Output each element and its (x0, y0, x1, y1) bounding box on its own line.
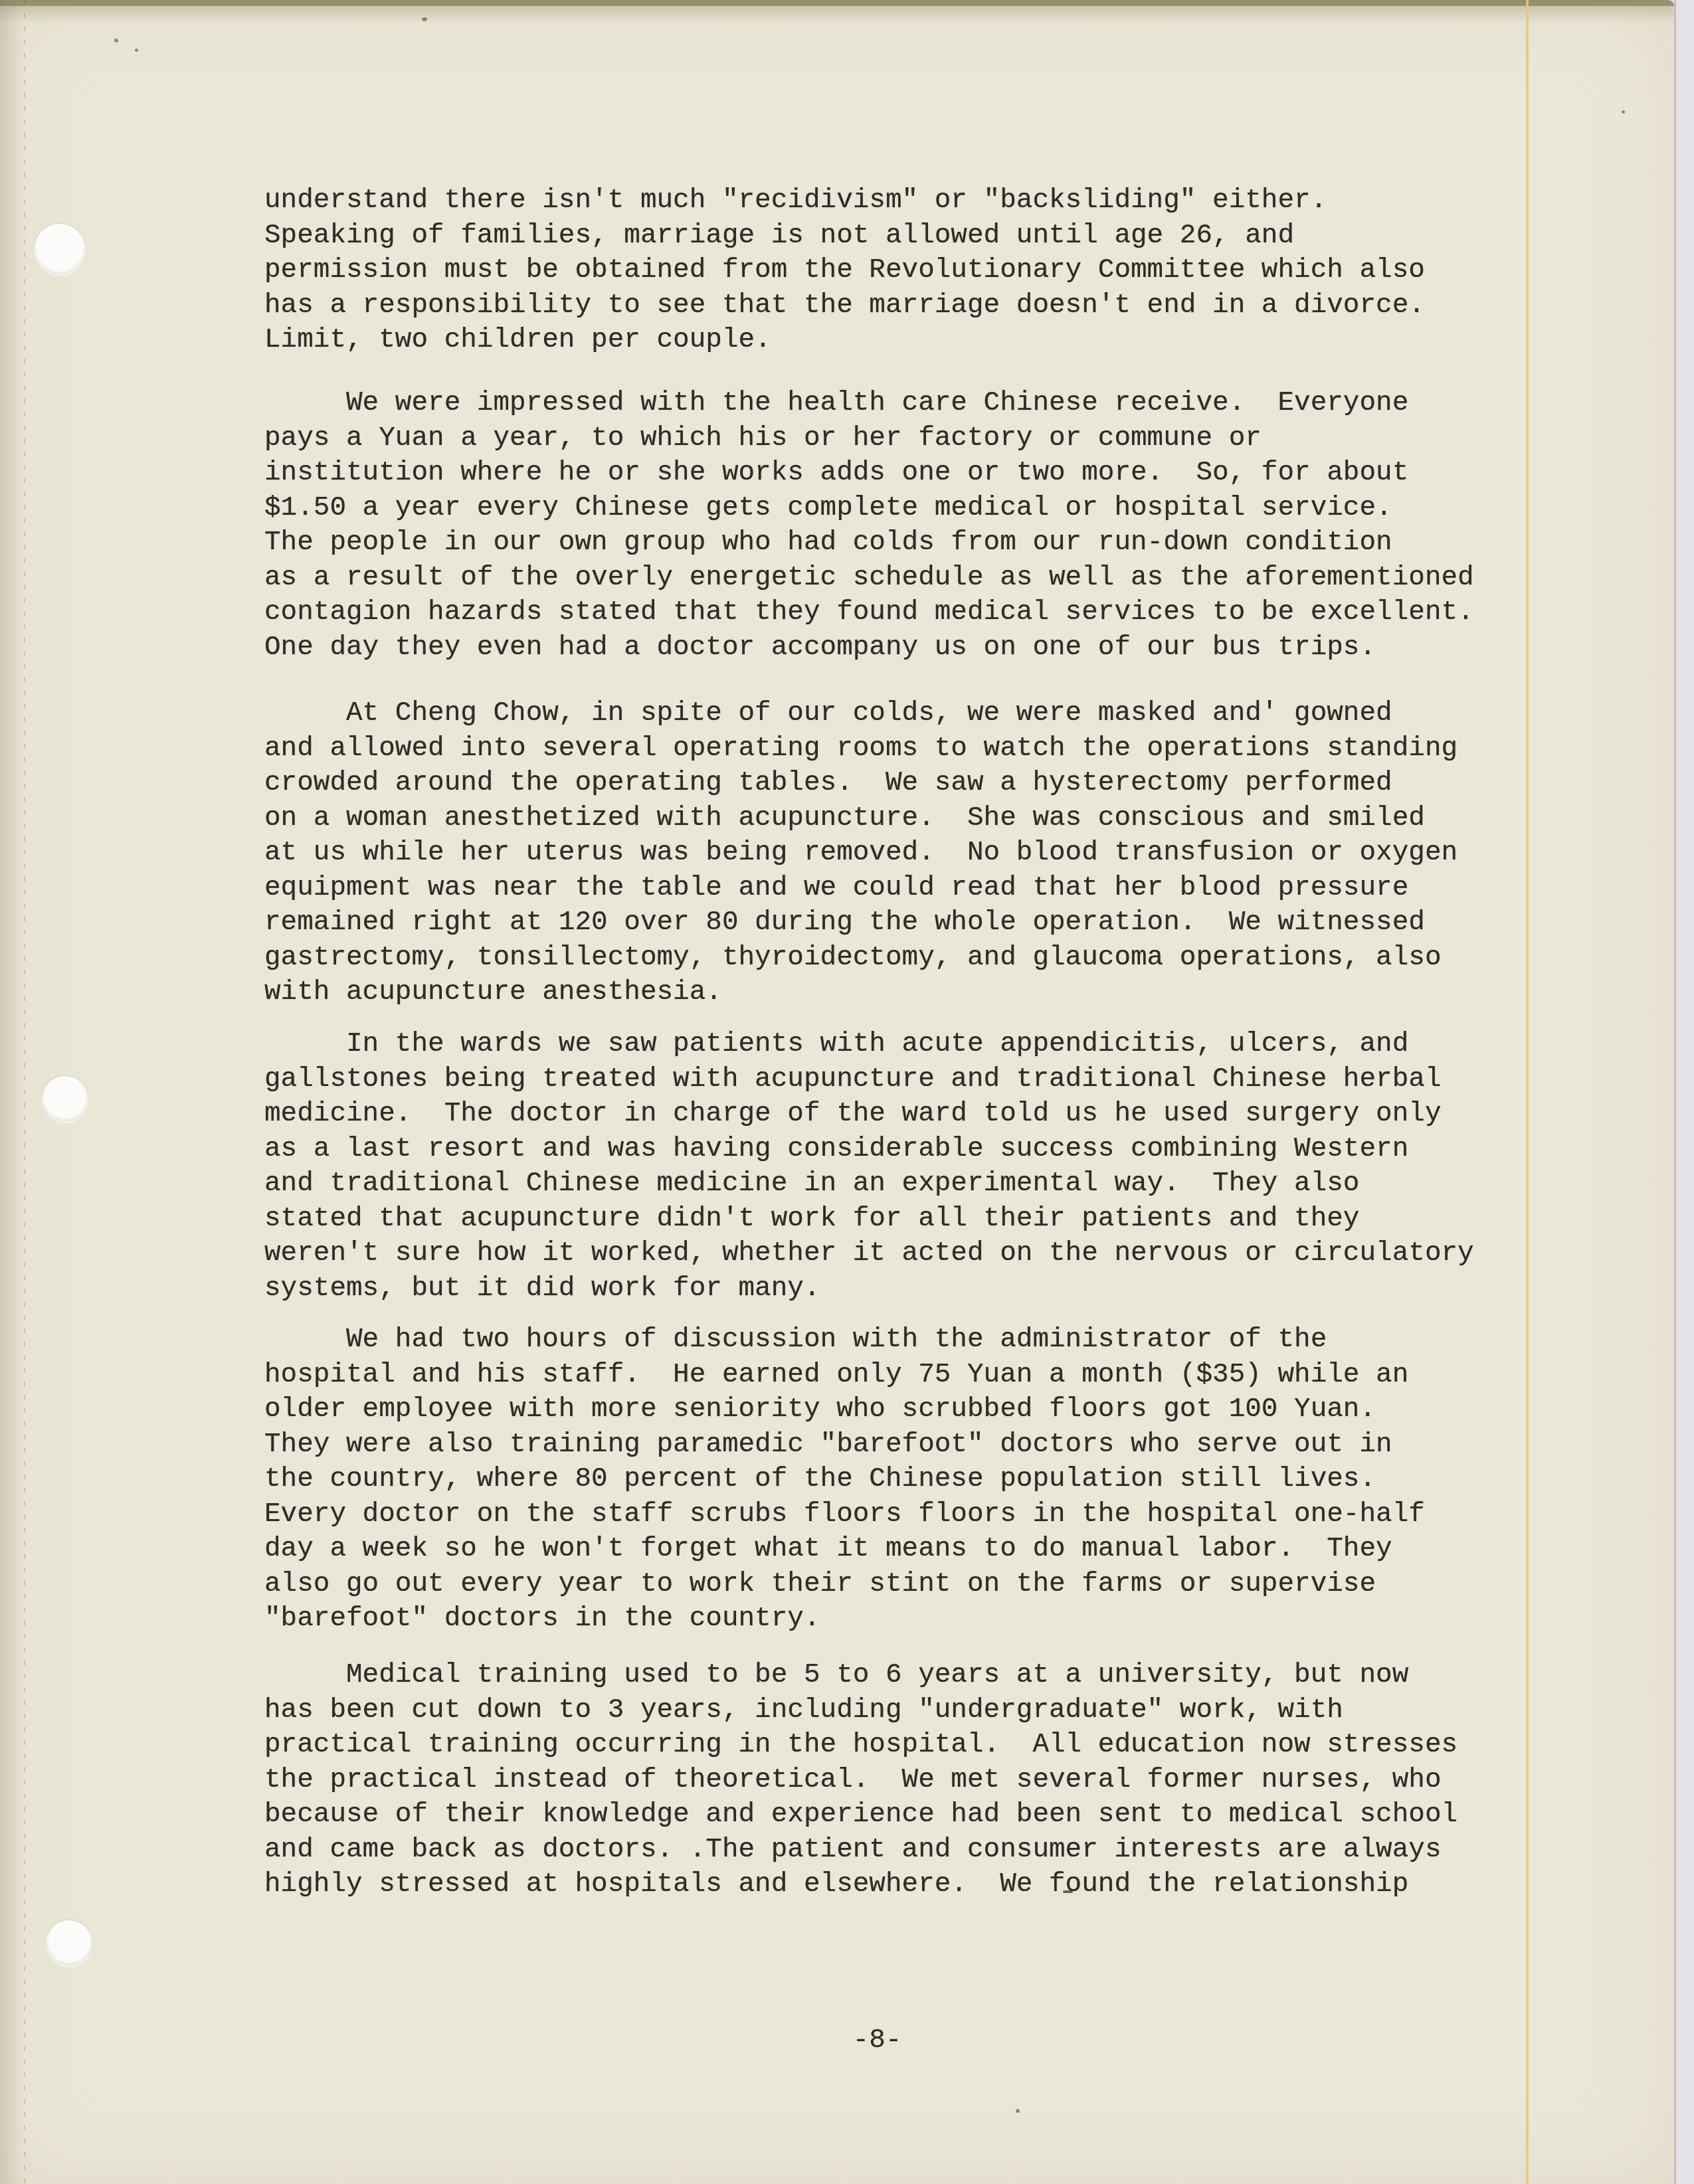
ink-speck (1016, 2109, 1020, 2113)
punch-hole-top (35, 224, 85, 274)
page-left-edge-shade (0, 0, 23, 2184)
ink-speck (422, 17, 427, 21)
ink-speck (1063, 1890, 1073, 1893)
punch-hole-bottom (47, 1920, 92, 1965)
page-top-edge-shadow (0, 6, 1674, 23)
paragraph-4: In the wards we saw patients with acute … (264, 1027, 1474, 1306)
scanner-background-strip (1674, 0, 1694, 2184)
scanned-page: understand there isn't much "recidivism"… (0, 0, 1674, 2184)
ink-speck (1622, 110, 1625, 114)
right-margin-rule-line (1526, 0, 1529, 2184)
paragraph-5: We had two hours of discussion with the … (264, 1322, 1425, 1637)
ink-speck (114, 39, 118, 43)
paragraph-6: Medical training used to be 5 to 6 years… (264, 1658, 1458, 1902)
page-top-edge (0, 0, 1674, 6)
page-number: -8- (264, 2023, 1490, 2058)
paragraph-1: understand there isn't much "recidivism"… (264, 183, 1425, 358)
ink-speck (135, 48, 138, 52)
paragraph-2: We were impressed with the health care C… (264, 386, 1474, 665)
paragraph-3: At Cheng Chow, in spite of our colds, we… (264, 696, 1458, 1010)
punch-hole-middle (43, 1076, 88, 1121)
binder-crease-line (24, 0, 25, 2184)
